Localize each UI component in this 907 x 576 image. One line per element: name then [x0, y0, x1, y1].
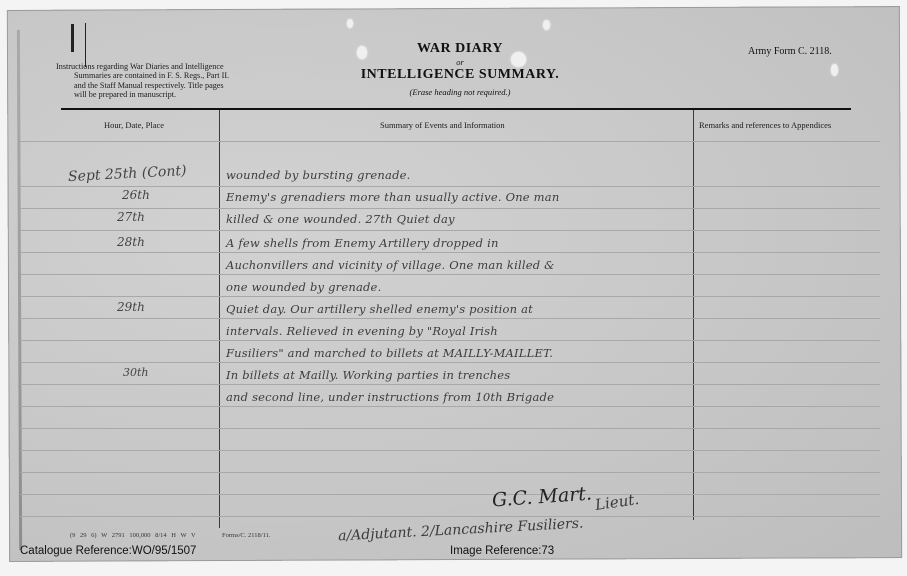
instructions-line: and the Staff Manual respectively. Title…	[56, 81, 296, 90]
punch-hole	[543, 20, 550, 30]
instructions-note: Instructions regarding War Diaries and I…	[56, 62, 296, 100]
printer-form-number: Forms/C. 2118/11.	[222, 532, 270, 539]
entry-line: wounded by bursting grenade.	[226, 168, 411, 182]
column-header-summary: Summary of Events and Information	[380, 120, 505, 130]
erase-note: (Erase heading not required.)	[300, 87, 620, 97]
header-rule	[61, 108, 851, 110]
ruled-line	[20, 296, 880, 297]
page-title: WAR DIARY	[300, 41, 620, 57]
column-divider	[219, 110, 220, 528]
image-reference: Image Reference:73	[450, 545, 554, 557]
instructions-line: will be prepared in manuscript.	[56, 90, 296, 99]
ruled-line	[20, 141, 880, 142]
ruled-line	[20, 230, 880, 231]
entry-date: 27th	[117, 210, 145, 224]
instructions-line: Summaries are contained in F. S. Regs., …	[56, 71, 296, 80]
ruled-line	[20, 252, 880, 253]
page-subtitle: INTELLIGENCE SUMMARY.	[300, 67, 620, 83]
ruled-line	[20, 186, 880, 187]
entry-line: Quiet day. Our artillery shelled enemy's…	[226, 302, 533, 316]
entry-date: 29th	[117, 300, 145, 314]
ruled-line	[20, 428, 880, 429]
entry-line: Fusiliers" and marched to billets at MAI…	[226, 346, 553, 360]
entry-line: Enemy's grenadiers more than usually act…	[226, 190, 559, 204]
entry-date: 26th	[122, 188, 150, 202]
punch-hole	[831, 64, 838, 76]
printer-imprint: (9 29 6) W 2791 100,000 8/14 H W V	[70, 532, 196, 539]
column-header-date-place: Hour, Date, Place	[104, 120, 164, 130]
ruled-line	[20, 494, 880, 495]
entry-date: 28th	[117, 235, 145, 249]
entry-date: 30th	[123, 366, 149, 379]
entry-line: Auchonvillers and vicinity of village. O…	[226, 258, 555, 272]
catalogue-reference: Catalogue Reference:WO/95/1507	[20, 545, 196, 557]
instructions-line: Instructions regarding War Diaries and I…	[56, 62, 296, 71]
punch-hole	[347, 19, 353, 28]
ruled-line	[20, 450, 880, 451]
ruled-line	[20, 208, 880, 209]
ruled-line	[20, 274, 880, 275]
entry-line: and second line, under instructions from…	[226, 390, 554, 404]
ruled-line	[20, 472, 880, 473]
title-or: or	[300, 57, 620, 67]
entry-line: intervals. Relieved in evening by "Royal…	[226, 324, 498, 338]
ruled-line	[20, 406, 880, 407]
entry-line: In billets at Mailly. Working parties in…	[226, 368, 510, 382]
ruled-line	[20, 340, 880, 341]
binding-mark	[85, 23, 86, 67]
ruled-line	[20, 384, 880, 385]
ruled-line	[20, 362, 880, 363]
column-header-remarks: Remarks and references to Appendices	[699, 120, 831, 130]
column-divider	[693, 110, 694, 520]
form-number: Army Form C. 2118.	[748, 46, 832, 57]
title-block: WAR DIARY or INTELLIGENCE SUMMARY. (Eras…	[300, 41, 620, 97]
entry-line: one wounded by grenade.	[226, 280, 381, 294]
entry-line: killed & one wounded. 27th Quiet day	[226, 212, 455, 226]
binding-mark	[71, 24, 74, 52]
ruled-line	[20, 318, 880, 319]
ruled-line	[20, 516, 880, 517]
entry-line: A few shells from Enemy Artillery droppe…	[226, 236, 499, 250]
